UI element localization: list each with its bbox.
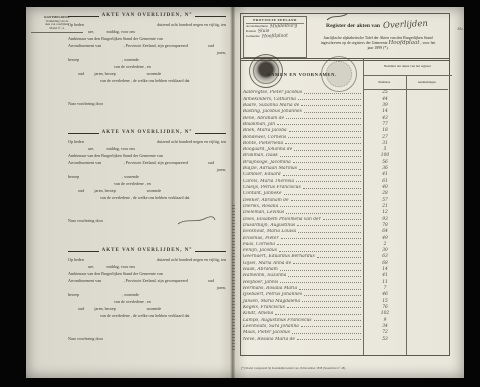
entry-act-number: 12 <box>363 210 407 215</box>
dotted-leader <box>286 211 361 214</box>
entry-act-number: 14 <box>363 267 407 272</box>
dotted-leader <box>279 249 361 252</box>
embossed-seal-stamp-icon <box>321 56 357 92</box>
dotted-leader <box>293 160 361 163</box>
subtitle-line2-pre: ingeschreven op de registers der Gemeent… <box>321 41 388 45</box>
dotted-leader <box>277 122 361 125</box>
dotted-leader <box>303 186 361 189</box>
akte-van-overlijden-form-2: AKTE VAN OVERLIJDEN, N° Op heden duizend… <box>26 131 232 243</box>
entry-name: Fenijn, Jacobus <box>241 248 277 253</box>
form-line: oud <box>208 44 214 49</box>
dotted-leader <box>288 274 361 277</box>
subtitle-line2-post: , voor het <box>421 41 436 45</box>
dotted-leader <box>280 154 361 157</box>
coat-of-arms-stamp-icon <box>249 54 283 88</box>
entry-act-number: 102 <box>363 311 407 316</box>
entry-act-number: 57 <box>363 198 407 203</box>
entry-act-number: 9 <box>363 318 407 323</box>
entry-act-number: 28 <box>363 191 407 196</box>
entry-act-number: 49 <box>363 236 407 241</box>
entry-act-number: 5 <box>363 147 407 152</box>
entry-name: Bruijnooge, Jacomina <box>241 160 291 165</box>
dotted-leader <box>283 173 361 176</box>
form-line: oud <box>208 161 214 166</box>
form-header: AKTE VAN OVERLIJDEN, N° <box>68 131 226 136</box>
dotted-leader <box>286 116 361 119</box>
entry-name: Leenhouts, Sara Johanna <box>241 324 299 329</box>
column-header-number: Nummer der akten van het register <box>363 59 452 76</box>
table-row: Neve, Rosalia Maria de53 <box>241 335 448 341</box>
entry-act-number: 36 <box>363 166 407 171</box>
handwritten-flourish <box>176 215 216 227</box>
register-subtitle: Jaarlijksche alphabetische Tafel der Akt… <box>305 36 451 51</box>
entry-act-number: 72 <box>363 330 407 335</box>
subtitle-line3: jaar 1899 (*). <box>367 46 388 50</box>
form-line: beroep , wonende <box>68 175 139 180</box>
entry-act-number: 7 <box>363 286 407 291</box>
entry-act-number: 40 <box>363 185 407 190</box>
entry-act-number: 15 <box>363 299 407 304</box>
entry-name: Brakman, Izaak <box>241 153 278 158</box>
rule-line <box>195 16 226 17</box>
entry-act-number: 25 <box>363 90 407 95</box>
entry-name: Geernaert, Eduardus Bernardus <box>241 254 315 259</box>
entry-name: Does, Elisabeth Philomena van der <box>241 217 321 222</box>
akte-van-overlijden-form-3: AKTE VAN OVERLIJDEN, N° Op heden duizend… <box>26 249 232 361</box>
rule-line <box>68 16 99 17</box>
form-line: Op heden <box>68 258 84 263</box>
entry-name: Maas, Pieter Jacobus <box>241 330 290 335</box>
province-corner-box: PROVINCIE ZEELAND ArrondissementMiddelbu… <box>243 16 307 58</box>
entry-name: Basting, Jacobus Johannes <box>241 109 302 114</box>
entry-name: Bonte, Pieternella <box>241 141 283 146</box>
rule-line <box>195 133 226 134</box>
entry-act-number: 78 <box>363 223 407 228</box>
entry-act-number: 100 <box>363 153 407 158</box>
entry-name: Erasmus, Pieter <box>241 236 279 241</box>
entry-name: Bene, Abraham de <box>241 116 284 121</box>
form-line: ure, middag, voor ons <box>88 265 135 270</box>
form-line: van de overledene , de welke ons hebben … <box>100 196 190 201</box>
paper-scan: KANTMELDING. Vermelding van de akte van … <box>26 7 464 378</box>
right-page-tafel: PROVINCIE ZEELAND ArrondissementMiddelbu… <box>235 7 464 378</box>
entry-name: Dieleman, Levinus <box>241 210 284 215</box>
entry-name: Hamelink, Suzanna <box>241 273 286 278</box>
alphabetical-table: NAMEN EN VOORNAMEN. Nummer der akten van… <box>240 58 450 356</box>
entry-name: Dekker, Abraham de <box>241 198 289 203</box>
dotted-leader <box>280 204 361 207</box>
entry-name: Dierikx, Rosalia <box>241 204 278 209</box>
entry-act-number: 31 <box>363 141 407 146</box>
form-line: Arrondissement van , Provincie Zeeland, … <box>68 279 188 284</box>
register-header-box: PROVINCIE ZEELAND ArrondissementMiddelbu… <box>240 13 450 61</box>
entry-act-number: 76 <box>363 305 407 310</box>
entry-act-number: 56 <box>363 160 407 165</box>
register-title-prefix: Register der akten van <box>326 23 380 29</box>
form-line: oud jaren, beroep wonende <box>78 307 161 312</box>
dotted-leader <box>280 280 361 283</box>
dotted-leader <box>275 312 361 315</box>
form-line: van de overledene , en <box>114 300 151 305</box>
form-line: oud <box>208 279 214 284</box>
entry-act-number: 34 <box>363 324 407 329</box>
akte-van-overlijden-form-1: AKTE VAN OVERLIJDEN, N° Op heden duizend… <box>26 14 232 126</box>
entry-act-number: 93 <box>363 217 407 222</box>
entry-name: Contant, Janneke <box>241 191 282 196</box>
entry-name: Hermans, Rosalia Maria <box>241 286 297 291</box>
form-line: van de overledene , en <box>114 182 151 187</box>
form-line: van de overledene , de welke ons hebben … <box>100 314 190 319</box>
form-line: ure, middag, voor ons <box>88 30 135 35</box>
form-line: Ambtenaar van den Burgerlijken Stand der… <box>68 272 163 277</box>
dotted-leader <box>293 261 361 264</box>
entry-name: Kegels, Franciscus <box>241 305 285 310</box>
entry-name: Neve, Rosalia Maria de <box>241 337 295 342</box>
form-line: jaren, <box>217 286 226 291</box>
dotted-leader <box>294 148 361 151</box>
form-line: jaren, <box>217 51 226 56</box>
form-header: AKTE VAN OVERLIJDEN, N° <box>68 14 226 19</box>
entry-act-number: 21 <box>363 204 407 209</box>
entry-act-number: 27 <box>363 135 407 140</box>
form-line: beroep , wonende <box>68 58 139 63</box>
dotted-leader <box>285 141 361 144</box>
entry-name: Faas, Cornelia <box>241 242 275 247</box>
form-line: Op heden <box>68 140 84 145</box>
form-footer-line: Naar voorlezing door <box>68 219 103 224</box>
form-line: beroep , wonende <box>68 293 139 298</box>
form-line: jaren, <box>217 168 226 173</box>
dotted-leader <box>297 337 361 340</box>
subcolumn-header-nummers: Nummers. <box>363 75 407 90</box>
entry-act-number: 14 <box>363 109 407 114</box>
form-line: van de overledene , en <box>114 65 151 70</box>
footnote: (*) Model vastgesteld bij Koninklijk bes… <box>241 366 391 370</box>
dotted-leader <box>299 167 361 170</box>
dotted-leader <box>323 217 361 220</box>
entry-name: Heijboer, Jannis <box>241 280 278 285</box>
table-rows: Aalbregtse, Pieter Jacobus25Almekinders,… <box>241 89 448 342</box>
entry-name: Almekinders, Catharina <box>241 97 296 102</box>
entry-act-number: 30 <box>363 248 407 253</box>
entry-act-number: 44 <box>363 97 407 102</box>
entry-name: Bliek, Maria Jacoba <box>241 128 287 133</box>
entry-name: Bondewel, Cornelis <box>241 135 286 140</box>
entry-name: Aalbregtse, Pieter Jacobus <box>241 90 302 95</box>
dotted-leader <box>301 103 361 106</box>
form-line: duizend acht honderd negen en vijftig, t… <box>157 23 226 28</box>
rule-line <box>68 133 99 134</box>
entry-name: Dusarduijn, Augustinus <box>241 223 295 228</box>
form-line: Op heden <box>68 23 84 28</box>
form-line: van de overledene , de welke ons hebben … <box>100 79 190 84</box>
form-footer-line: Naar voorlezing door <box>68 102 103 107</box>
dotted-leader <box>298 97 361 100</box>
form-title: AKTE VAN OVERLIJDEN, N° <box>102 131 193 136</box>
entry-act-number: 68 <box>363 261 407 266</box>
rule-line <box>68 251 99 252</box>
form-title: AKTE VAN OVERLIJDEN, N° <box>102 14 193 19</box>
field-value-arrondissement: Middelburg <box>270 24 297 30</box>
dotted-leader <box>280 268 361 271</box>
form-line: Ambtenaar van den Burgerlijken Stand der… <box>68 154 163 159</box>
dotted-leader <box>288 135 361 138</box>
dotted-leader <box>284 192 362 195</box>
dotted-leader <box>314 318 361 321</box>
dotted-leader <box>317 255 361 258</box>
form-line: Ambtenaar van den Burgerlijken Stand der… <box>68 37 163 42</box>
entry-act-number: 43 <box>363 116 407 121</box>
entry-act-number: 53 <box>363 337 407 342</box>
entry-act-number: 11 <box>363 280 407 285</box>
dotted-leader <box>302 299 361 302</box>
dotted-leader <box>304 91 361 94</box>
subcolumn-header-aanmerkingen: Aanmerkingen. <box>406 75 448 90</box>
entry-act-number: 46 <box>363 292 407 297</box>
entry-act-number: 61 <box>363 179 407 184</box>
entry-name: Baare, Suzanna Maria de <box>241 103 299 108</box>
dotted-leader <box>289 129 361 132</box>
entry-act-number: 64 <box>363 229 407 234</box>
dotted-leader <box>296 179 361 182</box>
field-label-gemeente: Gemeente <box>246 34 260 39</box>
form-line: duizend acht honderd negen en vijftig, t… <box>157 258 226 263</box>
form-header: AKTE VAN OVERLIJDEN, N° <box>68 249 226 254</box>
dotted-leader <box>277 242 361 245</box>
entry-name: Haak, Abraham <box>241 267 278 272</box>
dotted-leader <box>301 324 361 327</box>
entry-name: IJsebaert, Petrus Johannes <box>241 292 302 297</box>
entry-act-number: 2 <box>363 242 407 247</box>
field-value-gemeente: Hoofdplaat <box>262 34 288 40</box>
rule-line <box>195 251 226 252</box>
entry-act-number: 41 <box>363 172 407 177</box>
dotted-leader <box>297 223 361 226</box>
entry-name: Jansen, Maria Magdalena <box>241 299 300 304</box>
entry-name: Lampo, Augustinus Franciscus <box>241 318 312 323</box>
entry-act-number: 39 <box>363 103 407 108</box>
dotted-leader <box>287 305 361 308</box>
scanned-register-page: KANTMELDING. Vermelding van de akte van … <box>0 0 480 387</box>
dotted-leader <box>291 198 361 201</box>
form-line: Arrondissement van , Provincie Zeeland, … <box>68 161 188 166</box>
dotted-leader <box>298 230 361 233</box>
page-abbreviation: blz. <box>458 27 465 31</box>
dotted-leader <box>292 331 361 334</box>
entry-act-number: 41 <box>363 273 407 278</box>
register-title-handwritten: Overlijden <box>383 19 428 31</box>
form-line: oud jaren, beroep wonende <box>78 72 161 77</box>
dotted-leader <box>299 287 361 290</box>
dotted-leader <box>304 110 361 113</box>
entry-name: Blaakman, Jan <box>241 122 275 127</box>
form-line: ure, middag, voor ons <box>88 147 135 152</box>
dotted-leader <box>304 293 361 296</box>
form-line: duizend acht honderd negen en vijftig, t… <box>157 140 226 145</box>
entry-name: Claeijs, Petrus Franciscus <box>241 185 301 190</box>
entry-name: Gijsel, Maria Anna de <box>241 261 291 266</box>
entry-name: Boogaard, Johanna de <box>241 147 292 152</box>
entry-name: Kindt, Amelia <box>241 311 273 316</box>
form-footer-line: Naar voorlezing door <box>68 337 103 342</box>
form-line: oud jaren, beroep wonende <box>78 189 161 194</box>
left-page-akten: KANTMELDING. Vermelding van de akte van … <box>26 7 232 378</box>
subtitle-gemeente-handwritten: Hoofdplaat <box>389 40 420 46</box>
entry-act-number: 18 <box>363 128 407 133</box>
register-title-line: Register der akten vanOverlijden <box>307 20 447 30</box>
form-title: AKTE VAN OVERLIJDEN, N° <box>102 249 193 254</box>
entry-act-number: 63 <box>363 254 407 259</box>
form-line: Arrondissement van , Provincie Zeeland, … <box>68 44 188 49</box>
entry-name: Buijze, Adriaan Marinus <box>241 166 297 171</box>
entry-name: Carels, Maria Theresia <box>241 179 294 184</box>
entry-act-number: 77 <box>363 122 407 127</box>
entry-name: Cambier, Eduard <box>241 172 281 177</box>
entry-name: Eeckhout, Maria Louisa <box>241 229 296 234</box>
dotted-leader <box>281 236 361 239</box>
